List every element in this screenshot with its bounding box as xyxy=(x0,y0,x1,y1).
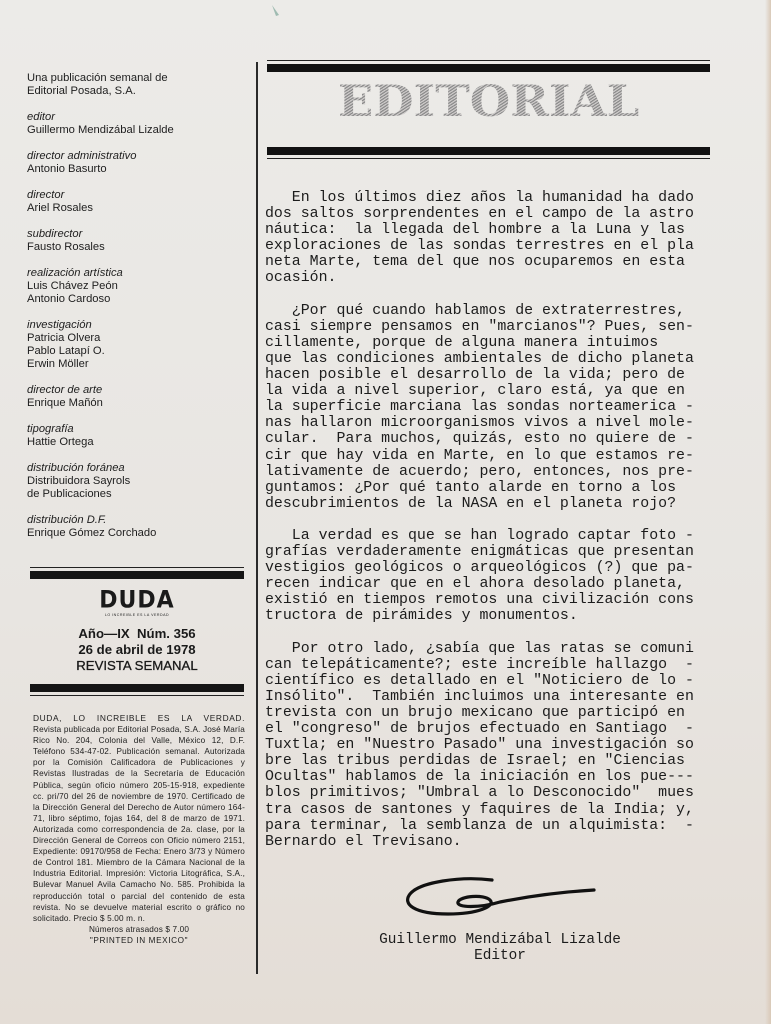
credit-role: editor xyxy=(27,111,249,124)
editorial-title-area: EDITORIAL xyxy=(267,72,710,132)
article-paragraph: Por otro lado, ¿sabía que las ratas se c… xyxy=(265,641,727,850)
credit-group: tipografíaHattie Ortega xyxy=(27,423,249,449)
credit-name: Enrique Gómez Corchado xyxy=(27,527,249,540)
credit-name: Ariel Rosales xyxy=(27,202,249,215)
divider-rule xyxy=(30,695,244,696)
credit-role: director xyxy=(27,189,249,202)
credit-group: distribución foráneaDistribuidora Sayrol… xyxy=(27,462,249,501)
intro-line: Una publicación semanal de xyxy=(27,72,249,85)
credit-role: director de arte xyxy=(27,384,249,397)
back-issues-price: Números atrasados $ 7.00 xyxy=(33,924,245,935)
editorial-header: EDITORIAL xyxy=(267,60,710,162)
article-paragraph: ¿Por qué cuando hablamos de extraterrest… xyxy=(265,303,727,512)
legal-notice: DUDA, LO INCREIBLE ES LA VERDAD. Revista… xyxy=(33,713,245,946)
column-divider xyxy=(256,62,258,974)
paper-tear-mark xyxy=(271,4,281,18)
publisher-intro: Una publicación semanal de Editorial Pos… xyxy=(27,72,249,98)
credit-name: Guillermo Mendizábal Lizalde xyxy=(27,124,249,137)
duda-logo: DUDA xyxy=(30,589,244,613)
credit-name: Pablo Latapí O. xyxy=(27,345,249,358)
credit-name: Fausto Rosales xyxy=(27,241,249,254)
credit-name: Distribuidora Sayrols xyxy=(27,475,249,488)
article-paragraph: La verdad es que se han logrado captar f… xyxy=(265,528,727,625)
credit-group: distribución D.F.Enrique Gómez Corchado xyxy=(27,514,249,540)
credit-name: Antonio Basurto xyxy=(27,163,249,176)
magazine-page: Una publicación semanal de Editorial Pos… xyxy=(0,0,771,1024)
credit-role: subdirector xyxy=(27,228,249,241)
credit-name: Enrique Mañón xyxy=(27,397,249,410)
divider-rule xyxy=(30,571,244,579)
credit-group: directorAriel Rosales xyxy=(27,189,249,215)
credit-name: Patricia Olvera xyxy=(27,332,249,345)
credit-group: realización artísticaLuis Chávez PeónAnt… xyxy=(27,267,249,306)
credit-group: director de arteEnrique Mañón xyxy=(27,384,249,410)
credit-role: investigación xyxy=(27,319,249,332)
legal-heading: DUDA, LO INCREIBLE ES LA VERDAD. xyxy=(33,713,245,724)
credit-group: editorGuillermo Mendizábal Lizalde xyxy=(27,111,249,137)
credit-name: Hattie Ortega xyxy=(27,436,249,449)
divider-rule xyxy=(267,64,710,72)
credits-list: editorGuillermo Mendizábal Lizaldedirect… xyxy=(27,111,249,540)
editorial-article: En los últimos diez años la humanidad ha… xyxy=(265,190,727,866)
article-paragraph: En los últimos diez años la humanidad ha… xyxy=(265,190,727,287)
divider-rule xyxy=(30,684,244,692)
printed-in: "PRINTED IN MEXICO" xyxy=(33,935,245,946)
signature-title: Editor xyxy=(355,948,645,964)
masthead-credits: Una publicación semanal de Editorial Pos… xyxy=(27,72,249,553)
credit-name: Luis Chávez Peón xyxy=(27,280,249,293)
credit-name: Erwin Möller xyxy=(27,358,249,371)
divider-rule xyxy=(267,147,710,155)
divider-rule xyxy=(267,158,710,159)
signature-block: Guillermo Mendizábal Lizalde Editor xyxy=(355,870,645,964)
credit-role: distribución foránea xyxy=(27,462,249,475)
signature-name: Guillermo Mendizábal Lizalde xyxy=(355,932,645,948)
editorial-title: EDITORIAL xyxy=(338,77,639,127)
issue-date: 26 de abril de 1978 xyxy=(30,642,244,658)
intro-line: Editorial Posada, S.A. xyxy=(27,85,249,98)
credit-role: tipografía xyxy=(27,423,249,436)
credit-role: distribución D.F. xyxy=(27,514,249,527)
credit-name: Antonio Cardoso xyxy=(27,293,249,306)
credit-group: subdirectorFausto Rosales xyxy=(27,228,249,254)
publication-type: REVISTA SEMANAL xyxy=(30,658,244,674)
signature-icon xyxy=(400,870,600,926)
credit-role: realización artística xyxy=(27,267,249,280)
issue-number: Año—IX Núm. 356 xyxy=(30,626,244,642)
credit-group: investigaciónPatricia OlveraPablo Latapí… xyxy=(27,319,249,371)
credit-group: director administrativoAntonio Basurto xyxy=(27,150,249,176)
credit-name: de Publicaciones xyxy=(27,488,249,501)
credit-role: director administrativo xyxy=(27,150,249,163)
legal-body: Revista publicada por Editorial Posada, … xyxy=(33,724,245,924)
publication-box: DUDA LO INCREIBLE ES LA VERDAD Año—IX Nú… xyxy=(30,567,244,700)
